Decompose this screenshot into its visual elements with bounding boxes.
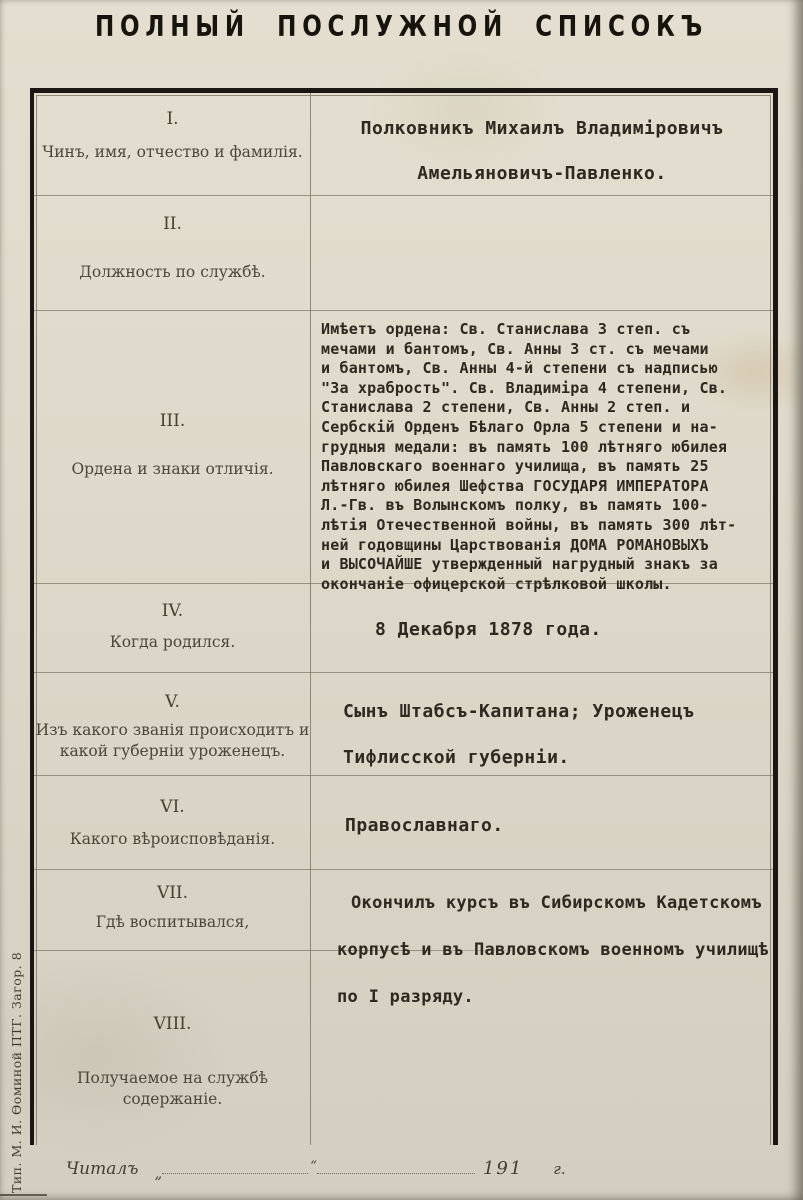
dotted-blank-line — [317, 1160, 475, 1174]
table-row: V. Изъ какого званія происходитъ и какой… — [34, 673, 773, 776]
dotted-blank-line — [162, 1160, 308, 1174]
read-label: Читалъ — [66, 1159, 139, 1179]
row-numeral: III. — [160, 411, 186, 431]
column-divider — [310, 93, 311, 1145]
row-label: Чинъ, имя, отчество и фамилія. — [42, 142, 302, 163]
row-numeral: I. — [166, 109, 178, 129]
row-value — [311, 196, 773, 310]
row-numeral: VII. — [157, 883, 188, 903]
row-header-cell: V. Изъ какого званія происходитъ и какой… — [34, 673, 311, 775]
row-header-cell: I. Чинъ, имя, отчество и фамилія. — [34, 93, 311, 195]
close-quote: “ — [310, 1159, 317, 1174]
row-label: Гдѣ воспитывался, — [96, 912, 250, 933]
row-numeral: IV. — [162, 601, 183, 621]
row-label: Какого вѣроисповѣданія. — [70, 829, 276, 850]
page-title: ПОЛНЫЙ ПОСЛУЖНОЙ СПИСОКЪ — [16, 10, 787, 43]
service-record-table: I. Чинъ, имя, отчество и фамилія. Полков… — [30, 88, 778, 1145]
row-numeral: VIII. — [154, 1014, 192, 1034]
row-numeral: VI. — [160, 797, 184, 817]
row-value: Сынъ Штабсъ-Капитана; Уроженецъ Тифлисск… — [311, 673, 773, 775]
row-value: Имѣетъ ордена: Св. Станислава 3 степ. съ… — [311, 311, 773, 583]
row-value: Окончилъ курсъ въ Сибирскомъ Кадетскомъ … — [311, 870, 773, 950]
printer-imprint: Тип. М. И. Ѳоминой ПТГ. Загор. 8 — [9, 952, 24, 1193]
row-value: 8 Декабря 1878 года. — [311, 584, 773, 672]
row-label: Ордена и знаки отличія. — [71, 459, 273, 480]
row-header-cell: III. Ордена и знаки отличія. — [34, 311, 311, 583]
read-signature-line: Читалъ „ “ 191 г. — [66, 1158, 566, 1179]
row-header-cell: VI. Какого вѣроисповѣданія. — [34, 776, 311, 869]
row-value: Полковникъ Михаилъ Владиміровичъ Амельян… — [311, 93, 773, 195]
row-value — [311, 950, 773, 1145]
year-prefix: 191 — [483, 1158, 523, 1179]
table-row: VII. Гдѣ воспитывался, Окончилъ курсъ въ… — [34, 870, 773, 950]
table-row: III. Ордена и знаки отличія. Имѣетъ орде… — [34, 311, 773, 584]
row-header-cell: IV. Когда родился. — [34, 584, 311, 672]
row-numeral: II. — [163, 214, 182, 234]
row-value: Православнаго. — [311, 776, 773, 869]
bottom-left-rule — [0, 1194, 47, 1196]
row-label: Получаемое на службѣ содержаніе. — [34, 1068, 311, 1110]
row-header-cell: II. Должность по службѣ. — [34, 196, 311, 310]
row-header-cell: VIII. Получаемое на службѣ содержаніе. — [34, 950, 311, 1145]
row-label: Должность по службѣ. — [79, 262, 265, 283]
document-page: ПОЛНЫЙ ПОСЛУЖНОЙ СПИСОКЪ I. Чинъ, имя, о… — [0, 0, 803, 1200]
row-label: Когда родился. — [110, 632, 236, 653]
row-header-cell: VII. Гдѣ воспитывался, — [34, 870, 311, 950]
year-suffix: г. — [553, 1160, 565, 1178]
table-row: II. Должность по службѣ. — [34, 196, 773, 311]
open-quote: „ — [155, 1164, 163, 1182]
table-row: VI. Какого вѣроисповѣданія. Православнаг… — [34, 776, 773, 870]
table-row: VIII. Получаемое на службѣ содержаніе. — [34, 950, 773, 1145]
row-label: Изъ какого званія происходитъ и какой гу… — [36, 720, 310, 762]
table-row: IV. Когда родился. 8 Декабря 1878 года. — [34, 584, 773, 673]
row-numeral: V. — [165, 692, 180, 712]
table-row: I. Чинъ, имя, отчество и фамилія. Полков… — [34, 93, 773, 196]
